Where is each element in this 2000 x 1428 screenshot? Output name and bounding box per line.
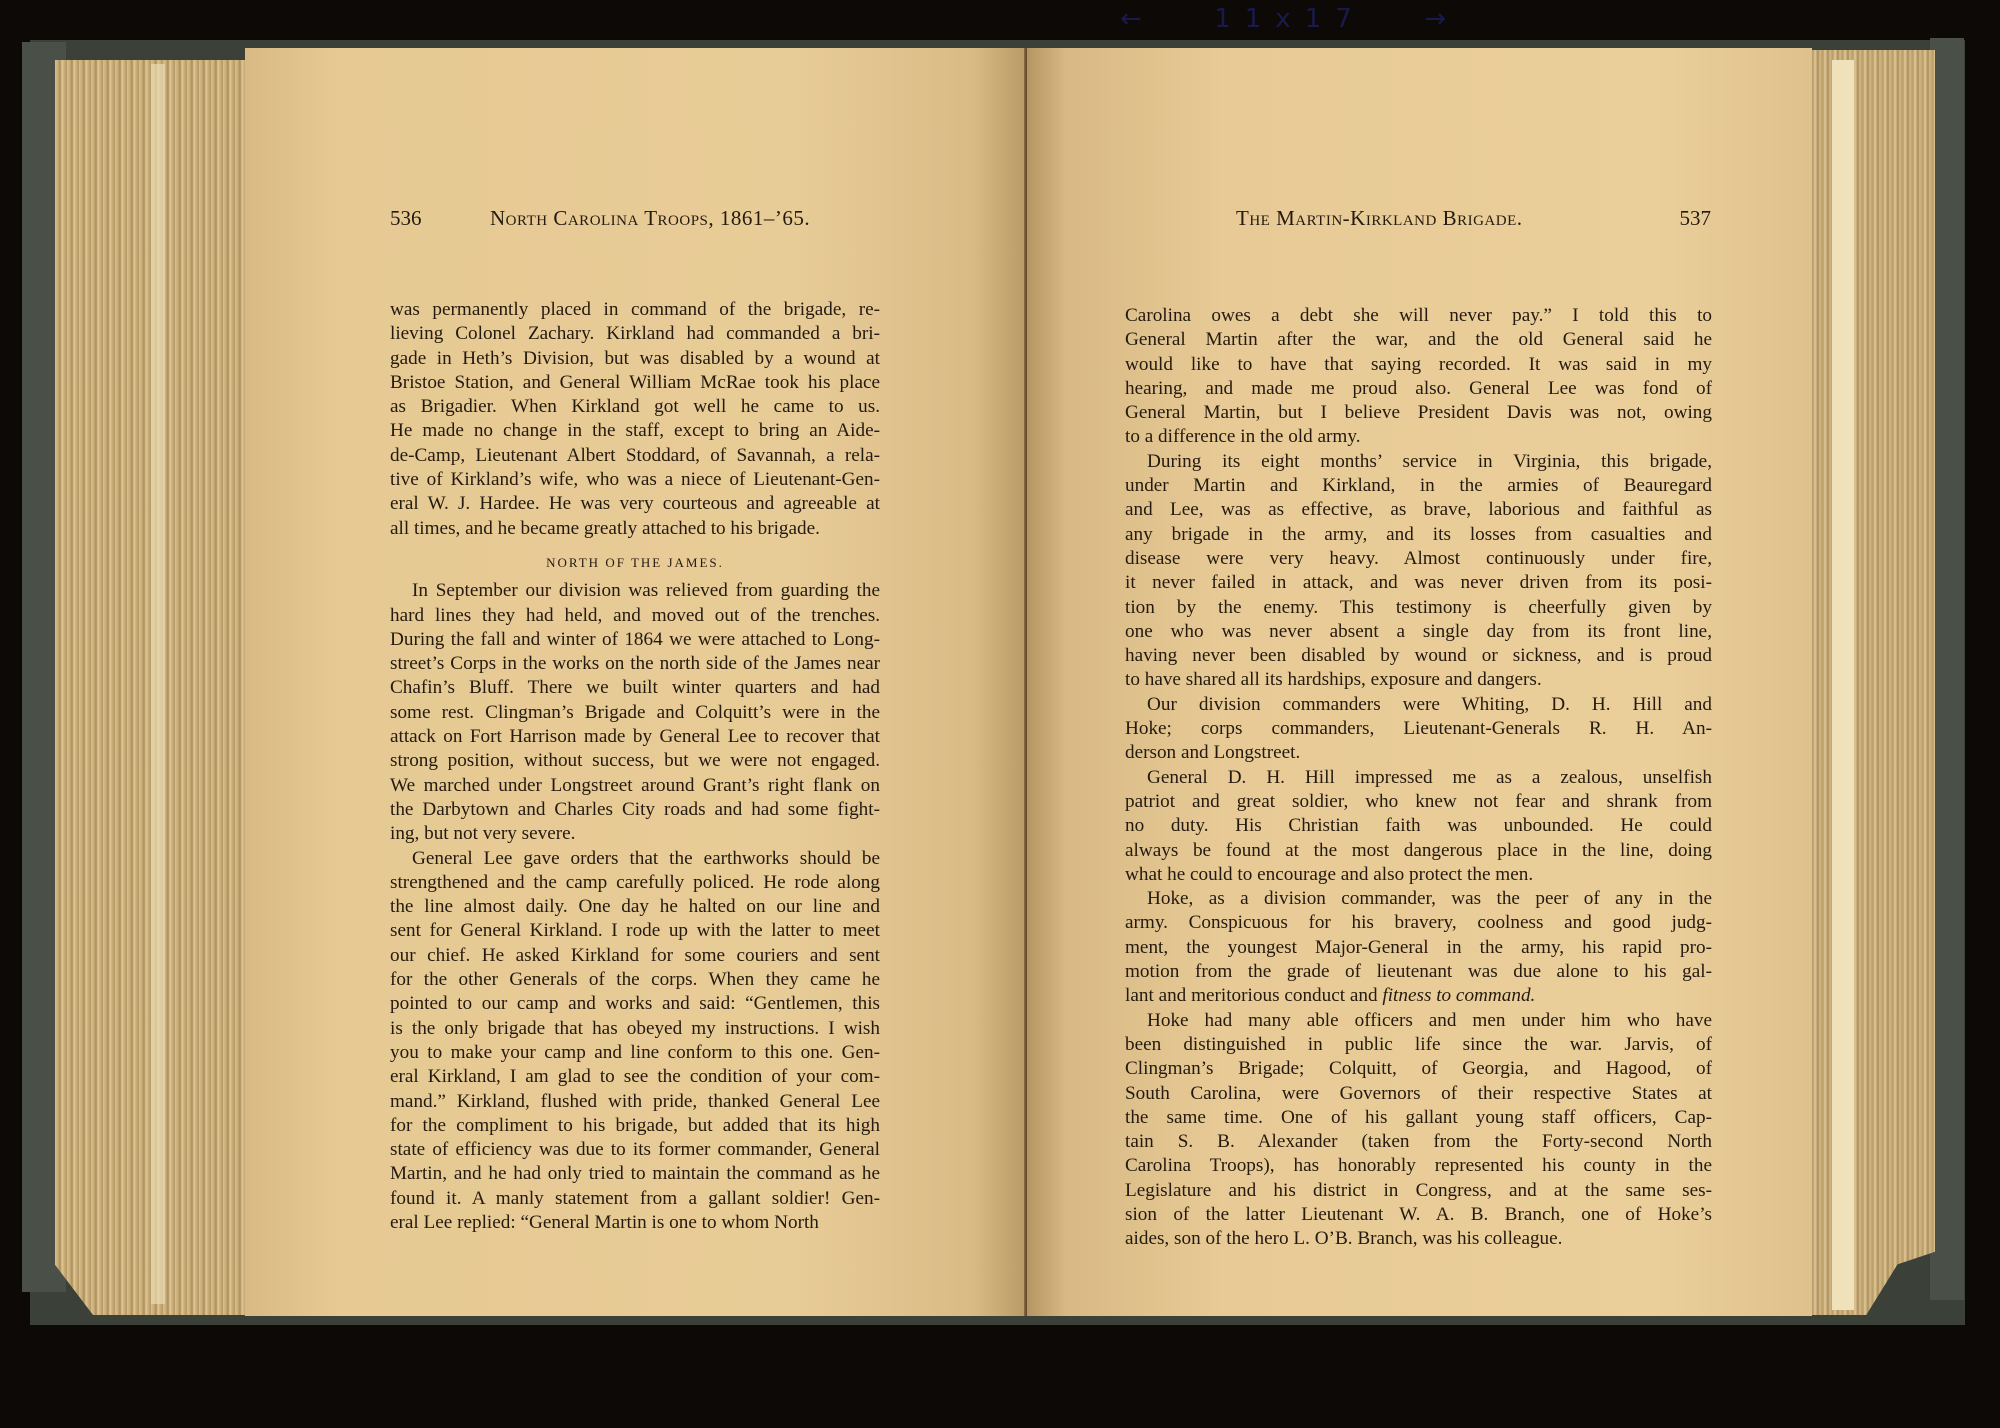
text-line: de-Camp, Lieutenant Albert Stoddard, of … <box>390 444 880 468</box>
right-page: The Martin-Kirkland Brigade. 537 Carolin… <box>1027 48 1812 1316</box>
left-page: 536 North Carolina Troops, 1861–’65. was… <box>245 48 1027 1316</box>
page-stack-right <box>1810 50 1935 1315</box>
left-page-body: was permanently placed in command of the… <box>390 298 880 1235</box>
text-line: having never been disabled by wound or s… <box>1125 644 1712 668</box>
paragraph: General Lee gave orders that the earthwo… <box>390 847 880 1236</box>
text-line: the line almost daily. One day he halted… <box>390 895 880 919</box>
text-line: Hoke had many able officers and men unde… <box>1125 1009 1712 1033</box>
text-line: pointed to our camp and works and said: … <box>390 992 880 1016</box>
text-line: one who was never absent a single day fr… <box>1125 620 1712 644</box>
text-line: Our division commanders were Whiting, D.… <box>1125 693 1712 717</box>
text-line: He made no change in the staff, except t… <box>390 419 880 443</box>
text-line: it never failed in attack, and was never… <box>1125 571 1712 595</box>
text-line: hard lines they had held, and moved out … <box>390 604 880 628</box>
text-line: you to make your camp and line conform t… <box>390 1041 880 1065</box>
text-line: eral Lee replied: “General Martin is one… <box>390 1211 880 1235</box>
text-line: any brigade in the army, and its losses … <box>1125 523 1712 547</box>
text-line: to a difference in the old army. <box>1125 425 1712 449</box>
text-line: During the fall and winter of 1864 we we… <box>390 628 880 652</box>
paragraph: Hoke, as a division commander, was the p… <box>1125 887 1712 1008</box>
text-line: army. Conspicuous for his bravery, cooln… <box>1125 911 1712 935</box>
text-line: the Darbytown and Charles City roads and… <box>390 798 880 822</box>
text-line: state of efficiency was due to its forme… <box>390 1138 880 1162</box>
text-line: Carolina Troops), has honorably represen… <box>1125 1154 1712 1178</box>
text-line: Legislature and his district in Congress… <box>1125 1179 1712 1203</box>
page-number: 537 <box>1680 206 1712 231</box>
text-line: tion by the enemy. This testimony is che… <box>1125 596 1712 620</box>
paragraph: Carolina owes a debt she will never pay.… <box>1125 304 1712 450</box>
text-line: hearing, and made me proud also. General… <box>1125 377 1712 401</box>
running-title: The Martin-Kirkland Brigade. <box>1236 206 1523 231</box>
paragraph: In September our division was relieved f… <box>390 579 880 846</box>
italic-emphasis: fitness to command. <box>1382 985 1535 1006</box>
paragraph: Hoke had many able officers and men unde… <box>1125 1009 1712 1252</box>
text-line: gade in Heth’s Division, but was disable… <box>390 347 880 371</box>
running-title: North Carolina Troops, 1861–’65. <box>490 206 810 231</box>
text-line: sion of the latter Lieutenant W. A. B. B… <box>1125 1203 1712 1227</box>
text-line: derson and Longstreet. <box>1125 741 1712 765</box>
text-line: ment, the youngest Major-General in the … <box>1125 936 1712 960</box>
text-line: for the compliment to his brigade, but a… <box>390 1114 880 1138</box>
text-line: ing, but not very severe. <box>390 822 880 846</box>
text-line: found it. A manly statement from a galla… <box>390 1187 880 1211</box>
text-line: was permanently placed in command of the… <box>390 298 880 322</box>
text-line: strengthened and the camp carefully poli… <box>390 871 880 895</box>
text-line: been distinguished in public life since … <box>1125 1033 1712 1057</box>
text-line: to have shared all its hardships, exposu… <box>1125 668 1712 692</box>
text-line: the same time. One of his gallant young … <box>1125 1106 1712 1130</box>
page-number: 536 <box>390 206 490 231</box>
text-line: Martin, and he had only tried to maintai… <box>390 1162 880 1186</box>
text-line: In September our division was relieved f… <box>390 579 880 603</box>
text-line: as Brigadier. When Kirkland got well he … <box>390 395 880 419</box>
text-line: eral Kirkland, I am glad to see the cond… <box>390 1065 880 1089</box>
text-line: attack on Fort Harrison made by General … <box>390 725 880 749</box>
text-line: street’s Corps in the works on the north… <box>390 652 880 676</box>
text-line: sent for General Kirkland. I rode up wit… <box>390 919 880 943</box>
text-line: Clingman’s Brigade; Colquitt, of Georgia… <box>1125 1057 1712 1081</box>
text-line: eral W. J. Hardee. He was very courteous… <box>390 492 880 516</box>
text-line: lieving Colonel Zachary. Kirkland had co… <box>390 322 880 346</box>
running-head-left: 536 North Carolina Troops, 1861–’65. <box>245 206 1027 231</box>
scan-size-marking: ← 11x17 → <box>1120 2 1460 36</box>
text-line: lant and meritorious conduct and fitness… <box>1125 984 1712 1008</box>
text-line: South Carolina, were Governors of their … <box>1125 1082 1712 1106</box>
page-stack-left <box>55 60 245 1315</box>
paragraph: General D. H. Hill impressed me as a zea… <box>1125 766 1712 887</box>
text-line: for the other Generals of the corps. Whe… <box>390 968 880 992</box>
text-line: mand.” Kirkland, flushed with pride, tha… <box>390 1090 880 1114</box>
text-line: tive of Kirkland’s wife, who was a niece… <box>390 468 880 492</box>
right-page-body: Carolina owes a debt she will never pay.… <box>1125 304 1712 1252</box>
text-line: under Martin and Kirkland, in the armies… <box>1125 474 1712 498</box>
text-line: Chafin’s Bluff. There we built winter qu… <box>390 676 880 700</box>
text-line: and Lee, was as effective, as brave, lab… <box>1125 498 1712 522</box>
arrow-right-icon: → <box>1424 4 1460 34</box>
arrow-left-icon: ← <box>1120 4 1156 34</box>
text-line: disease were very heavy. Almost continuo… <box>1125 547 1712 571</box>
section-heading: NORTH OF THE JAMES. <box>390 551 880 575</box>
scan-size-label: 11x17 <box>1214 4 1366 34</box>
text-line: strong position, without success, but we… <box>390 749 880 773</box>
text-line: Carolina owes a debt she will never pay.… <box>1125 304 1712 328</box>
text-line: what he could to encourage and also prot… <box>1125 863 1712 887</box>
text-line: motion from the grade of lieutenant was … <box>1125 960 1712 984</box>
text-line: no duty. His Christian faith was unbound… <box>1125 814 1712 838</box>
text-line: During its eight months’ service in Virg… <box>1125 450 1712 474</box>
text-line: General Lee gave orders that the earthwo… <box>390 847 880 871</box>
text-line: would like to have that saying recorded.… <box>1125 353 1712 377</box>
text-line: We marched under Longstreet around Grant… <box>390 774 880 798</box>
text-line: our chief. He asked Kirkland for some co… <box>390 944 880 968</box>
running-head-right: The Martin-Kirkland Brigade. 537 <box>1027 206 1711 231</box>
text-line: General Martin after the war, and the ol… <box>1125 328 1712 352</box>
paragraph: Our division commanders were Whiting, D.… <box>1125 693 1712 766</box>
text-line: Hoke, as a division commander, was the p… <box>1125 887 1712 911</box>
cover-edge-right <box>1930 38 1964 1300</box>
text-line: General Martin, but I believe President … <box>1125 401 1712 425</box>
text-line: tain S. B. Alexander (taken from the For… <box>1125 1130 1712 1154</box>
text-line: Hoke; corps commanders, Lieutenant-Gener… <box>1125 717 1712 741</box>
text-line: General D. H. Hill impressed me as a zea… <box>1125 766 1712 790</box>
text-line: aides, son of the hero L. O’B. Branch, w… <box>1125 1227 1712 1251</box>
text-line: Bristoe Station, and General William McR… <box>390 371 880 395</box>
paragraph: During its eight months’ service in Virg… <box>1125 450 1712 693</box>
text-line: patriot and great soldier, who knew not … <box>1125 790 1712 814</box>
text-line: some rest. Clingman’s Brigade and Colqui… <box>390 701 880 725</box>
text-line: always be found at the most dangerous pl… <box>1125 839 1712 863</box>
paragraph: was permanently placed in command of the… <box>390 298 880 541</box>
text-line: all times, and he became greatly attache… <box>390 517 880 541</box>
text-line: is the only brigade that has obeyed my i… <box>390 1017 880 1041</box>
